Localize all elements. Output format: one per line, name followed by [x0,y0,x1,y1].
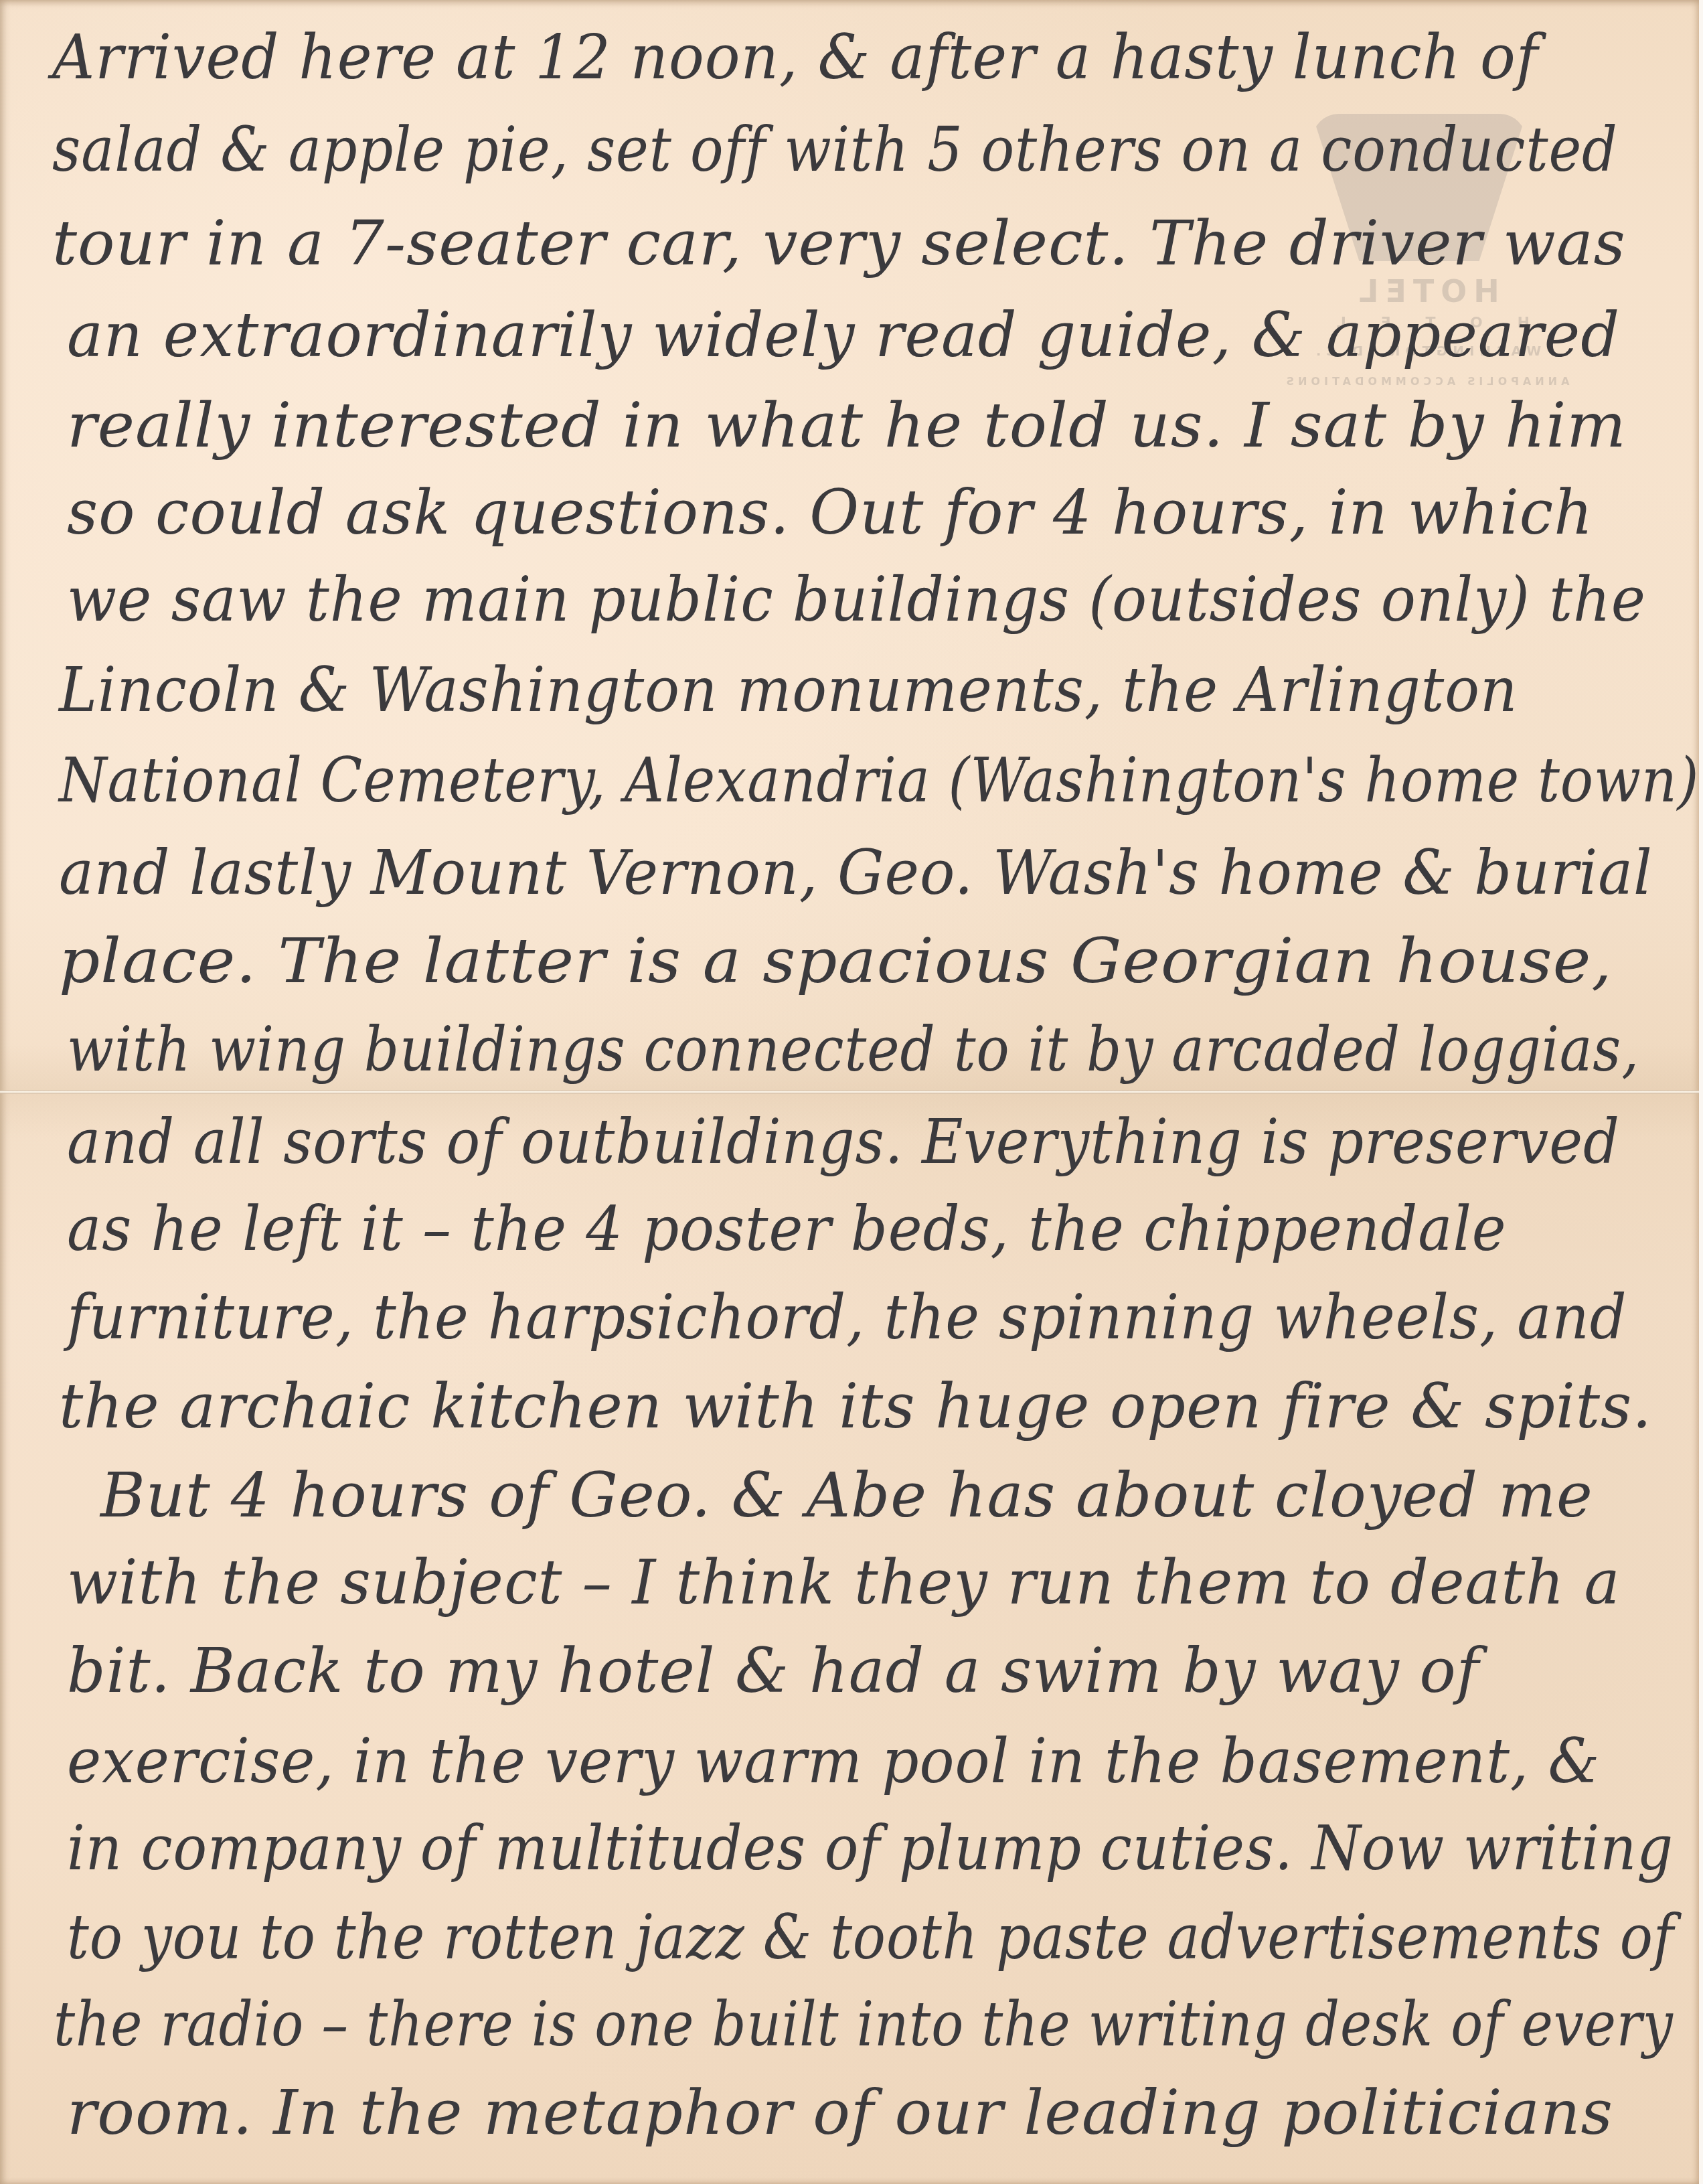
text-line: Arrived here at 12 noon, & after a hasty… [52,27,1538,88]
text-line: bit. Back to my hotel & had a swim by wa… [67,1640,1479,1702]
text-line: and all sorts of outbuildings. Everythin… [67,1111,1620,1173]
text-line: so could ask questions. Out for 4 hours,… [67,482,1593,544]
text-line: to you to the rotten jazz & tooth paste … [67,1907,1674,1968]
text-line: But 4 hours of Geo. & Abe has about cloy… [100,1465,1593,1527]
text-line: place. The latter is a spacious Georgian… [59,931,1613,992]
text-line: exercise, in the very warm pool in the b… [67,1731,1600,1792]
text-line: in company of multitudes of plump cuties… [67,1818,1674,1879]
text-line: room. In the metaphor of our leading pol… [67,2082,1613,2144]
text-line: salad & apple pie, set off with 5 others… [52,119,1618,181]
text-line: National Cemetery, Alexandria (Washingto… [59,750,1699,811]
text-line: the archaic kitchen with its huge open f… [59,1376,1652,1437]
text-line: tour in a 7-seater car, very select. The… [52,213,1626,275]
text-line: as he left it – the 4 poster beds, the c… [67,1198,1507,1260]
scan-edge [1699,0,1703,2184]
text-line: really interested in what he told us. I … [67,395,1627,457]
text-line: with wing buildings connected to it by a… [67,1019,1639,1081]
text-line: we saw the main public buildings (outsid… [67,569,1646,631]
text-line: the radio – there is one built into the … [54,1994,1674,2055]
text-line: with the subject – I think they run them… [67,1552,1621,1614]
text-line: an extraordinarily widely read guide, & … [67,305,1620,366]
text-line: Lincoln & Washington monuments, the Arli… [59,659,1518,721]
handwritten-text: Arrived here at 12 noon, & after a hasty… [0,0,1699,2184]
text-line: and lastly Mount Vernon, Geo. Wash's hom… [59,842,1653,904]
text-line: furniture, the harpsichord, the spinning… [67,1287,1627,1348]
